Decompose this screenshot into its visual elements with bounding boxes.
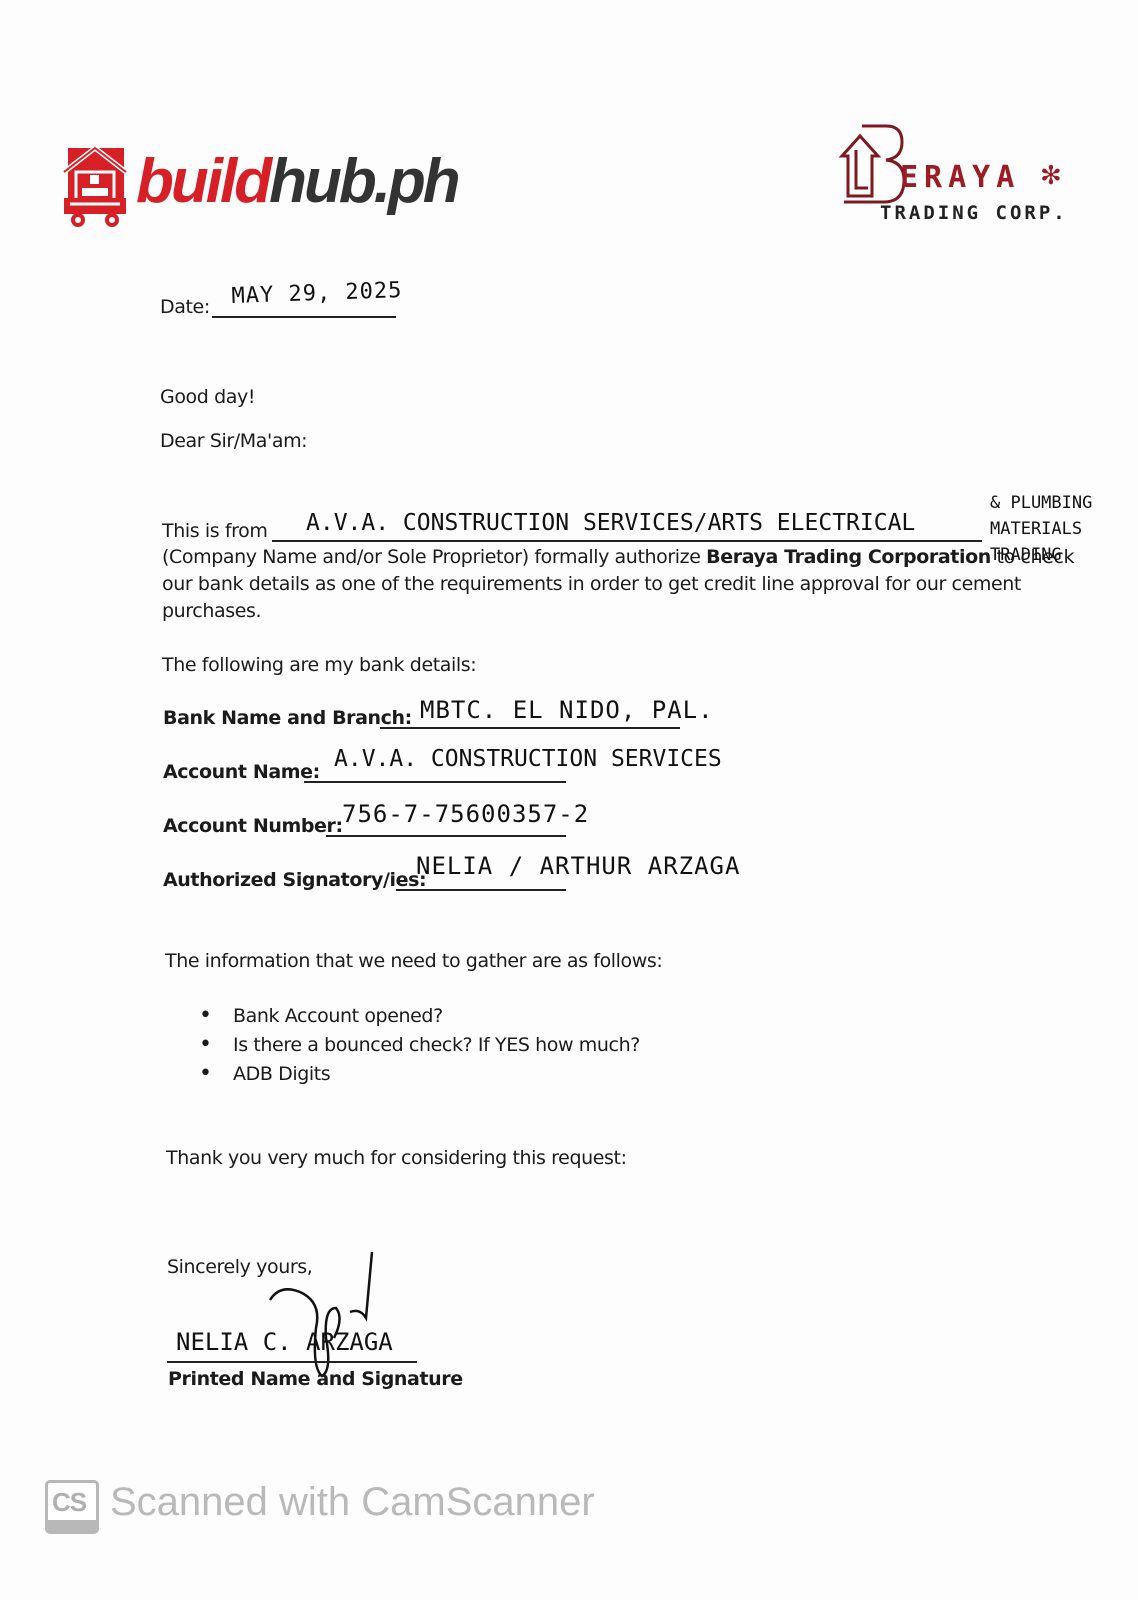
- company-name-bold: Beraya Trading Corporation: [706, 546, 991, 568]
- camscanner-watermark-text: Scanned with CamScanner: [110, 1480, 595, 1525]
- logo-text-build: build: [136, 147, 269, 216]
- info-list-item: ADB Digits: [165, 1063, 765, 1092]
- signatory-label: Authorized Signatory/ies:: [163, 869, 426, 891]
- account-name-value: A.V.A. CONSTRUCTION SERVICES: [334, 746, 722, 772]
- account-number-value: 756-7-75600357-2: [342, 800, 589, 828]
- account-number-label: Account Number:: [163, 815, 343, 837]
- beraya-logo-subtitle: TRADING CORP.: [880, 202, 1068, 224]
- authorization-paragraph-line3: purchases.: [162, 600, 261, 622]
- signature-label: Printed Name and Signature: [168, 1368, 463, 1390]
- signature-scribble-icon: [260, 1248, 390, 1388]
- bank-name-underline: [380, 727, 680, 729]
- beraya-logo-text: ERAYA: [900, 160, 1020, 195]
- signatory-underline: [396, 889, 566, 891]
- salutation: Dear Sir/Ma'am:: [160, 430, 307, 452]
- from-underline: [272, 540, 982, 542]
- buildhub-logo-icon: [60, 142, 130, 228]
- para-text: to check: [991, 546, 1074, 568]
- para-text: (Company Name and/or Sole Proprietor) fo…: [162, 546, 706, 568]
- from-label: This is from: [162, 520, 268, 542]
- bank-name-value: MBTC. EL NIDO, PAL.: [420, 696, 714, 724]
- beraya-ornament-icon: ✻: [1040, 160, 1062, 191]
- bank-name-label: Bank Name and Branch:: [163, 707, 412, 729]
- camscanner-icon-band: [48, 1520, 96, 1531]
- logo-text-hub: hub.ph: [269, 147, 458, 216]
- thanks-line: Thank you very much for considering this…: [166, 1147, 627, 1169]
- signature-underline: [167, 1361, 417, 1363]
- authorization-paragraph-line1: (Company Name and/or Sole Proprietor) fo…: [162, 546, 1074, 568]
- greeting: Good day!: [160, 386, 255, 408]
- date-label: Date:: [160, 296, 210, 318]
- info-list-item: Is there a bounced check? If YES how muc…: [165, 1034, 765, 1063]
- bank-details-intro: The following are my bank details:: [162, 654, 476, 676]
- info-list: Bank Account opened? Is there a bounced …: [165, 1005, 765, 1092]
- date-value: MAY 29, 2025: [231, 278, 403, 309]
- camscanner-icon-letters: CS: [52, 1487, 86, 1518]
- buildhub-logo-text: buildhub.ph: [136, 142, 458, 222]
- from-value: A.V.A. CONSTRUCTION SERVICES/ARTS ELECTR…: [306, 510, 915, 536]
- account-number-underline: [326, 835, 566, 837]
- beraya-logo-icon: [836, 122, 906, 206]
- info-intro: The information that we need to gather a…: [165, 950, 662, 972]
- info-list-item: Bank Account opened?: [165, 1005, 765, 1034]
- authorization-paragraph-line2: our bank details as one of the requireme…: [162, 573, 1021, 595]
- account-name-label: Account Name:: [163, 761, 320, 783]
- signatory-value: NELIA / ARTHUR ARZAGA: [416, 852, 740, 880]
- camscanner-logo-icon: CS: [45, 1480, 99, 1534]
- account-name-underline: [304, 781, 566, 783]
- date-underline: [212, 316, 396, 318]
